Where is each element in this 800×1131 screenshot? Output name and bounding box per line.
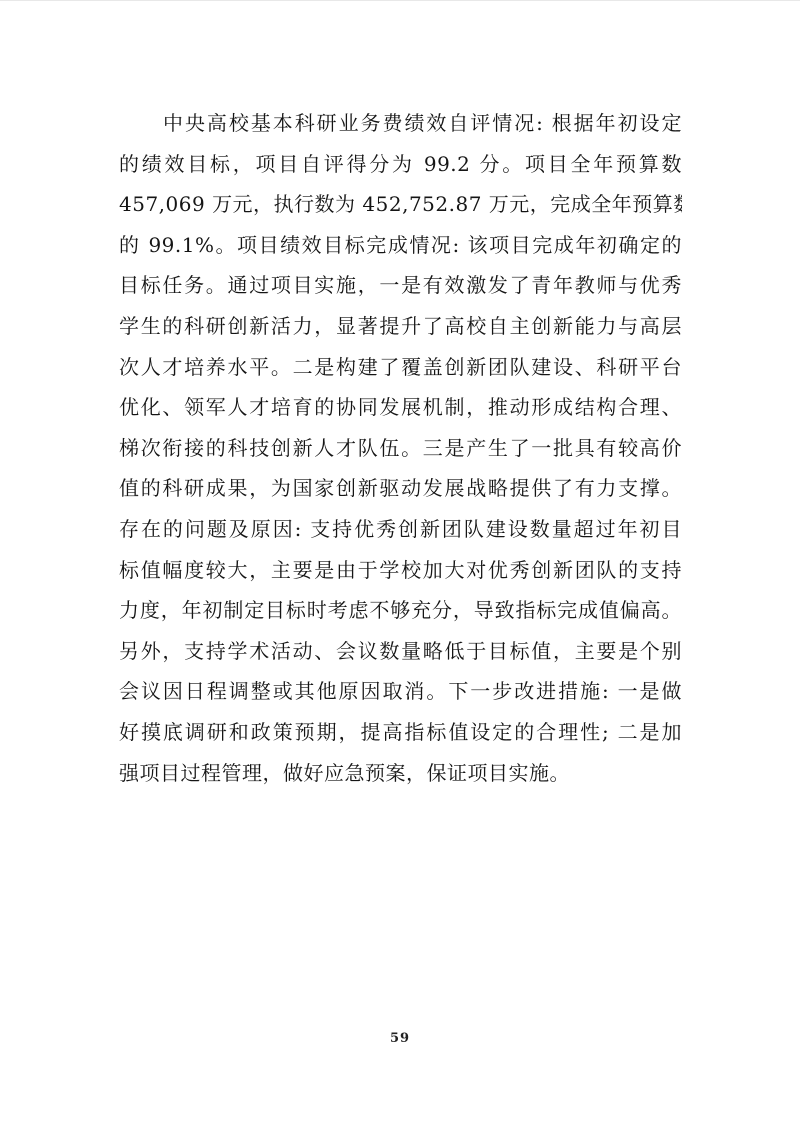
document-page: 中央高校基本科研业务费绩效自评情况: 根据年初设定 的绩效目标，项目自评得分为 …: [0, 0, 800, 1131]
paragraph-line: 强项目过程管理，做好应急预案，保证项目实施。: [119, 753, 682, 794]
paragraph-line: 会议因日程调整或其他原因取消。下一步改进措施: 一是做: [119, 671, 682, 712]
paragraph-line: 值的科研成果，为国家创新驱动发展战略提供了有力支撑。: [119, 468, 682, 509]
paragraph-line: 的绩效目标，项目自评得分为 99.2 分。项目全年预算数: [119, 144, 682, 185]
paragraph-line: 存在的问题及原因: 支持优秀创新团队建设数量超过年初目: [119, 509, 682, 550]
paragraph-line: 中央高校基本科研业务费绩效自评情况: 根据年初设定: [119, 103, 682, 144]
paragraph-line: 力度，年初制定目标时考虑不够充分，导致指标完成值偏高。: [119, 590, 682, 631]
page-footer: 59: [0, 1027, 800, 1046]
paragraph-line: 目标任务。通过项目实施，一是有效激发了青年教师与优秀: [119, 265, 682, 306]
paragraph-line: 次人才培养水平。二是构建了覆盖创新团队建设、科研平台: [119, 347, 682, 388]
paragraph-block: 中央高校基本科研业务费绩效自评情况: 根据年初设定 的绩效目标，项目自评得分为 …: [119, 103, 682, 793]
paragraph-line: 457,069 万元，执行数为 452,752.87 万元，完成全年预算数: [119, 184, 682, 225]
paragraph-line: 另外，支持学术活动、会议数量略低于目标值，主要是个别: [119, 631, 682, 672]
paragraph-line: 的 99.1%。项目绩效目标完成情况: 该项目完成年初确定的: [119, 225, 682, 266]
paragraph-line: 梯次衔接的科技创新人才队伍。三是产生了一批具有较高价: [119, 428, 682, 469]
paragraph-line: 标值幅度较大，主要是由于学校加大对优秀创新团队的支持: [119, 550, 682, 591]
paragraph-line: 好摸底调研和政策预期，提高指标值设定的合理性; 二是加: [119, 712, 682, 753]
page-number: 59: [390, 1031, 410, 1046]
paragraph-line: 优化、领军人才培育的协同发展机制，推动形成结构合理、: [119, 387, 682, 428]
paragraph-line: 学生的科研创新活力，显著提升了高校自主创新能力与高层: [119, 306, 682, 347]
